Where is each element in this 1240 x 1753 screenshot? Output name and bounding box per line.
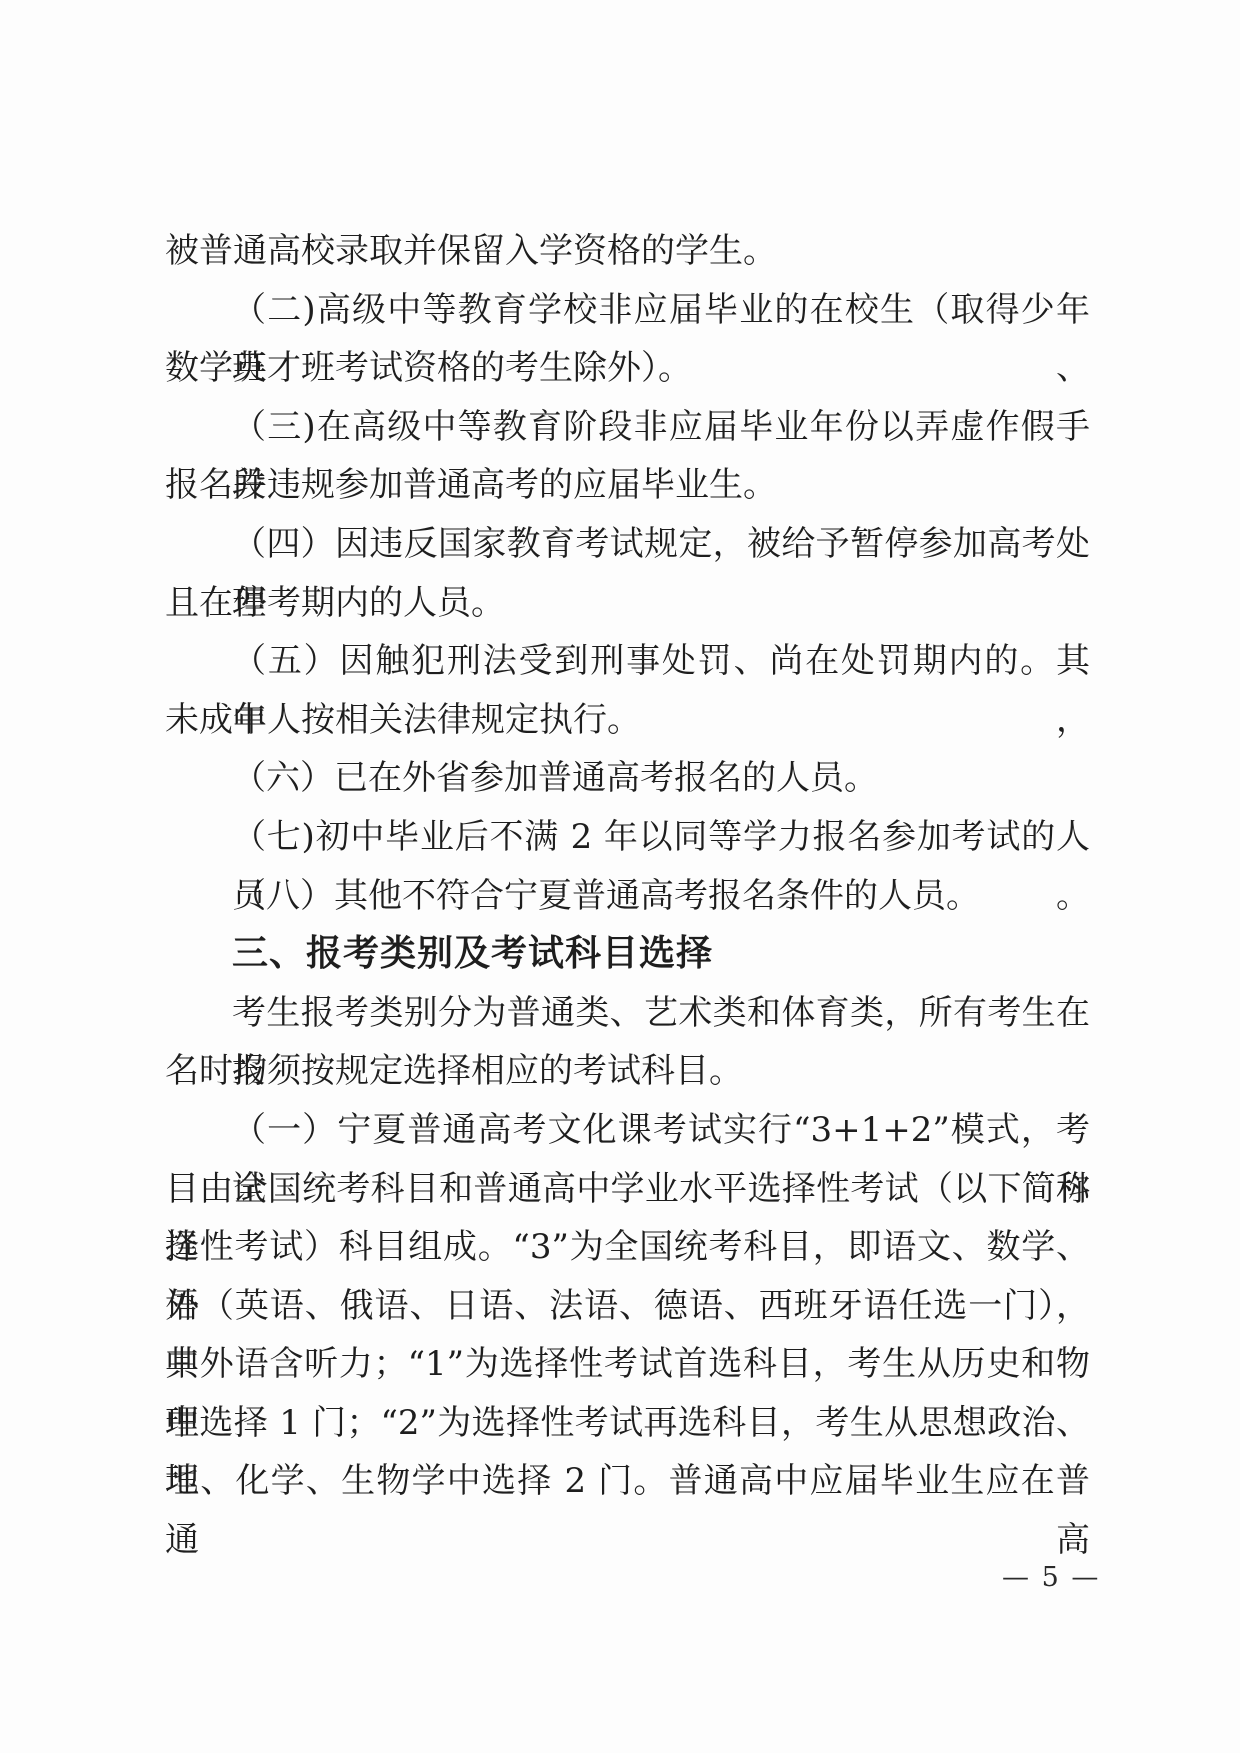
text-line: 语（英语、俄语、日语、法语、德语、西班牙语任选一门），其 xyxy=(165,1277,1090,1336)
text-line: （二)高级中等教育学校非应届毕业的在校生（取得少年班、 xyxy=(165,281,1090,340)
text-line: （八）其他不符合宁夏普通高考报名条件的人员。 xyxy=(165,867,1090,926)
text-line: 中选择 1 门；“2”为选择性考试再选科目，考生从思想政治、地 xyxy=(165,1394,1090,1453)
text-line: （五）因触犯刑法受到刑事处罚、尚在处罚期内的。其中， xyxy=(165,632,1090,691)
text-line: 被普通高校录取并保留入学资格的学生。 xyxy=(165,222,1090,281)
text-line: （三)在高级中等教育阶段非应届毕业年份以弄虚作假手段 xyxy=(165,398,1090,457)
text-line: 择性考试）科目组成。“3”为全国统考科目，即语文、数学、外 xyxy=(165,1218,1090,1277)
text-line: 中外语含听力；“1”为选择性考试首选科目，考生从历史和物理 xyxy=(165,1335,1090,1394)
text-line: （七)初中毕业后不满 2 年以同等学力报名参加考试的人员。 xyxy=(165,808,1090,867)
document-body: 被普通高校录取并保留入学资格的学生。（二)高级中等教育学校非应届毕业的在校生（取… xyxy=(165,222,1090,1511)
text-line: （一）宁夏普通高考文化课考试实行“3+1+2”模式，考试科 xyxy=(165,1101,1090,1160)
text-line: 目由全国统考科目和普通高中学业水平选择性考试（以下简称选 xyxy=(165,1160,1090,1219)
text-line: 考生报考类别分为普通类、艺术类和体育类，所有考生在报 xyxy=(165,984,1090,1043)
text-line: （四）因违反国家教育考试规定，被给予暂停参加高考处理 xyxy=(165,515,1090,574)
text-line: （六）已在外省参加普通高考报名的人员。 xyxy=(165,749,1090,808)
text-line: 名时均须按规定选择相应的考试科目。 xyxy=(165,1042,1090,1101)
text-line: 且在停考期内的人员。 xyxy=(165,574,1090,633)
text-line: 理、化学、生物学中选择 2 门。普通高中应届毕业生应在普通高 xyxy=(165,1452,1090,1511)
page-number: — 5 — xyxy=(1002,1558,1100,1598)
section-heading: 三、报考类别及考试科目选择 xyxy=(165,925,1090,984)
document-page: 被普通高校录取并保留入学资格的学生。（二)高级中等教育学校非应届毕业的在校生（取… xyxy=(0,0,1240,1753)
text-line: 报名并违规参加普通高考的应届毕业生。 xyxy=(165,456,1090,515)
